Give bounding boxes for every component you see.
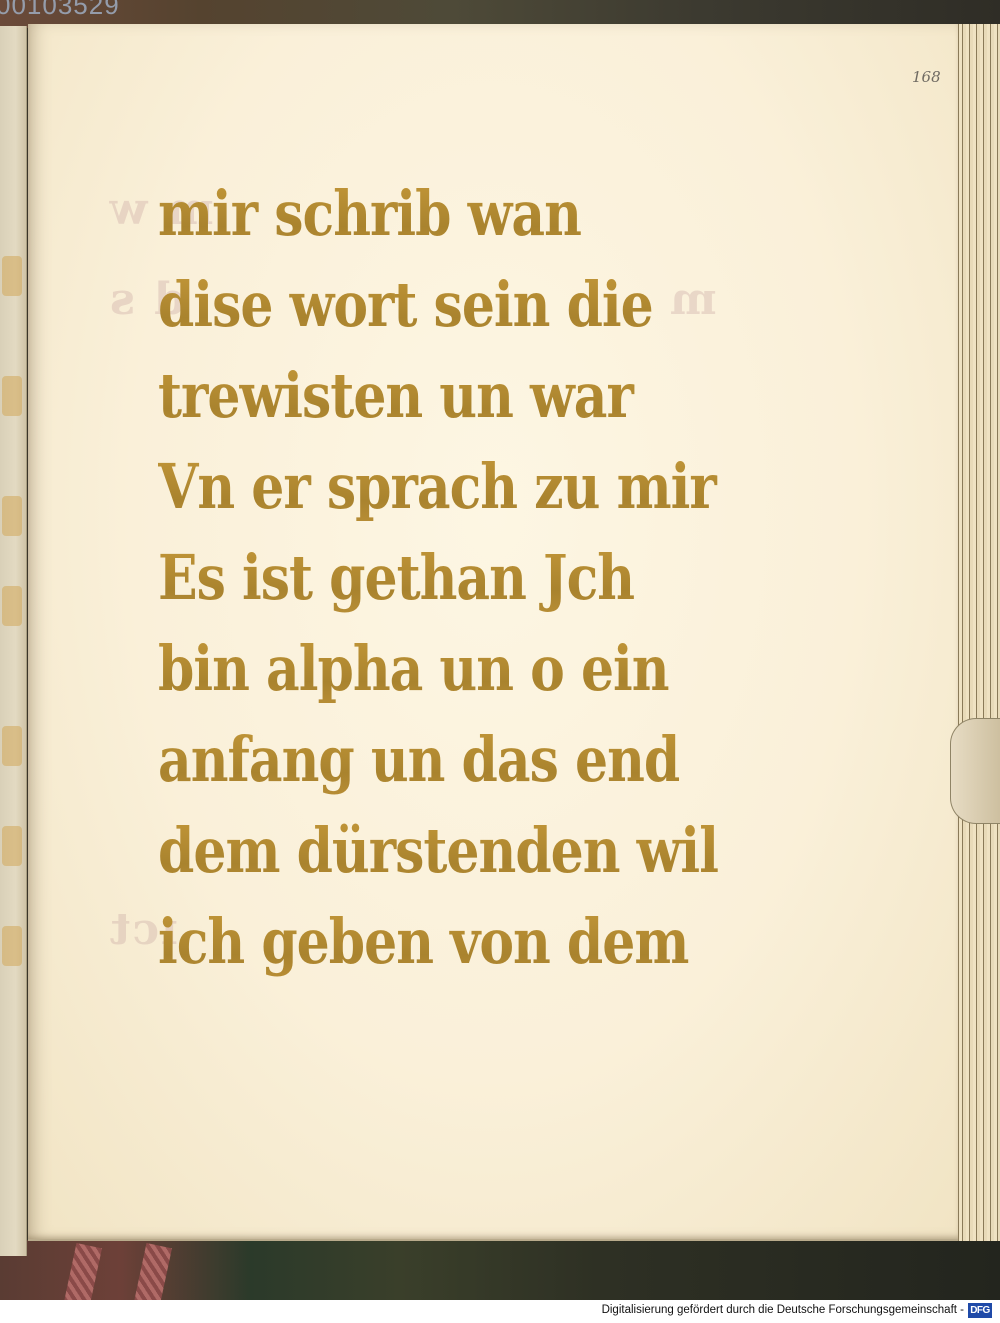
page-tab-marker [950, 718, 1000, 824]
previous-page-edge [0, 26, 27, 1256]
text-line: ich geben von dem [158, 896, 778, 1003]
dfg-logo-icon: DFG [968, 1303, 992, 1318]
manuscript-scan: 00103529 168 m w d s m ıct mir schrib wa… [0, 0, 1000, 1300]
folio-number: 168 [912, 68, 941, 86]
funding-credit: Digitalisierung gefördert durch die Deut… [602, 1304, 964, 1316]
book-fore-edge [958, 24, 1000, 1241]
manuscript-text: mir schrib wan dise wort sein die trewis… [158, 176, 778, 995]
footer-bar: Digitalisierung gefördert durch die Deut… [0, 1300, 1000, 1323]
catalog-id: 00103529 [0, 0, 120, 21]
